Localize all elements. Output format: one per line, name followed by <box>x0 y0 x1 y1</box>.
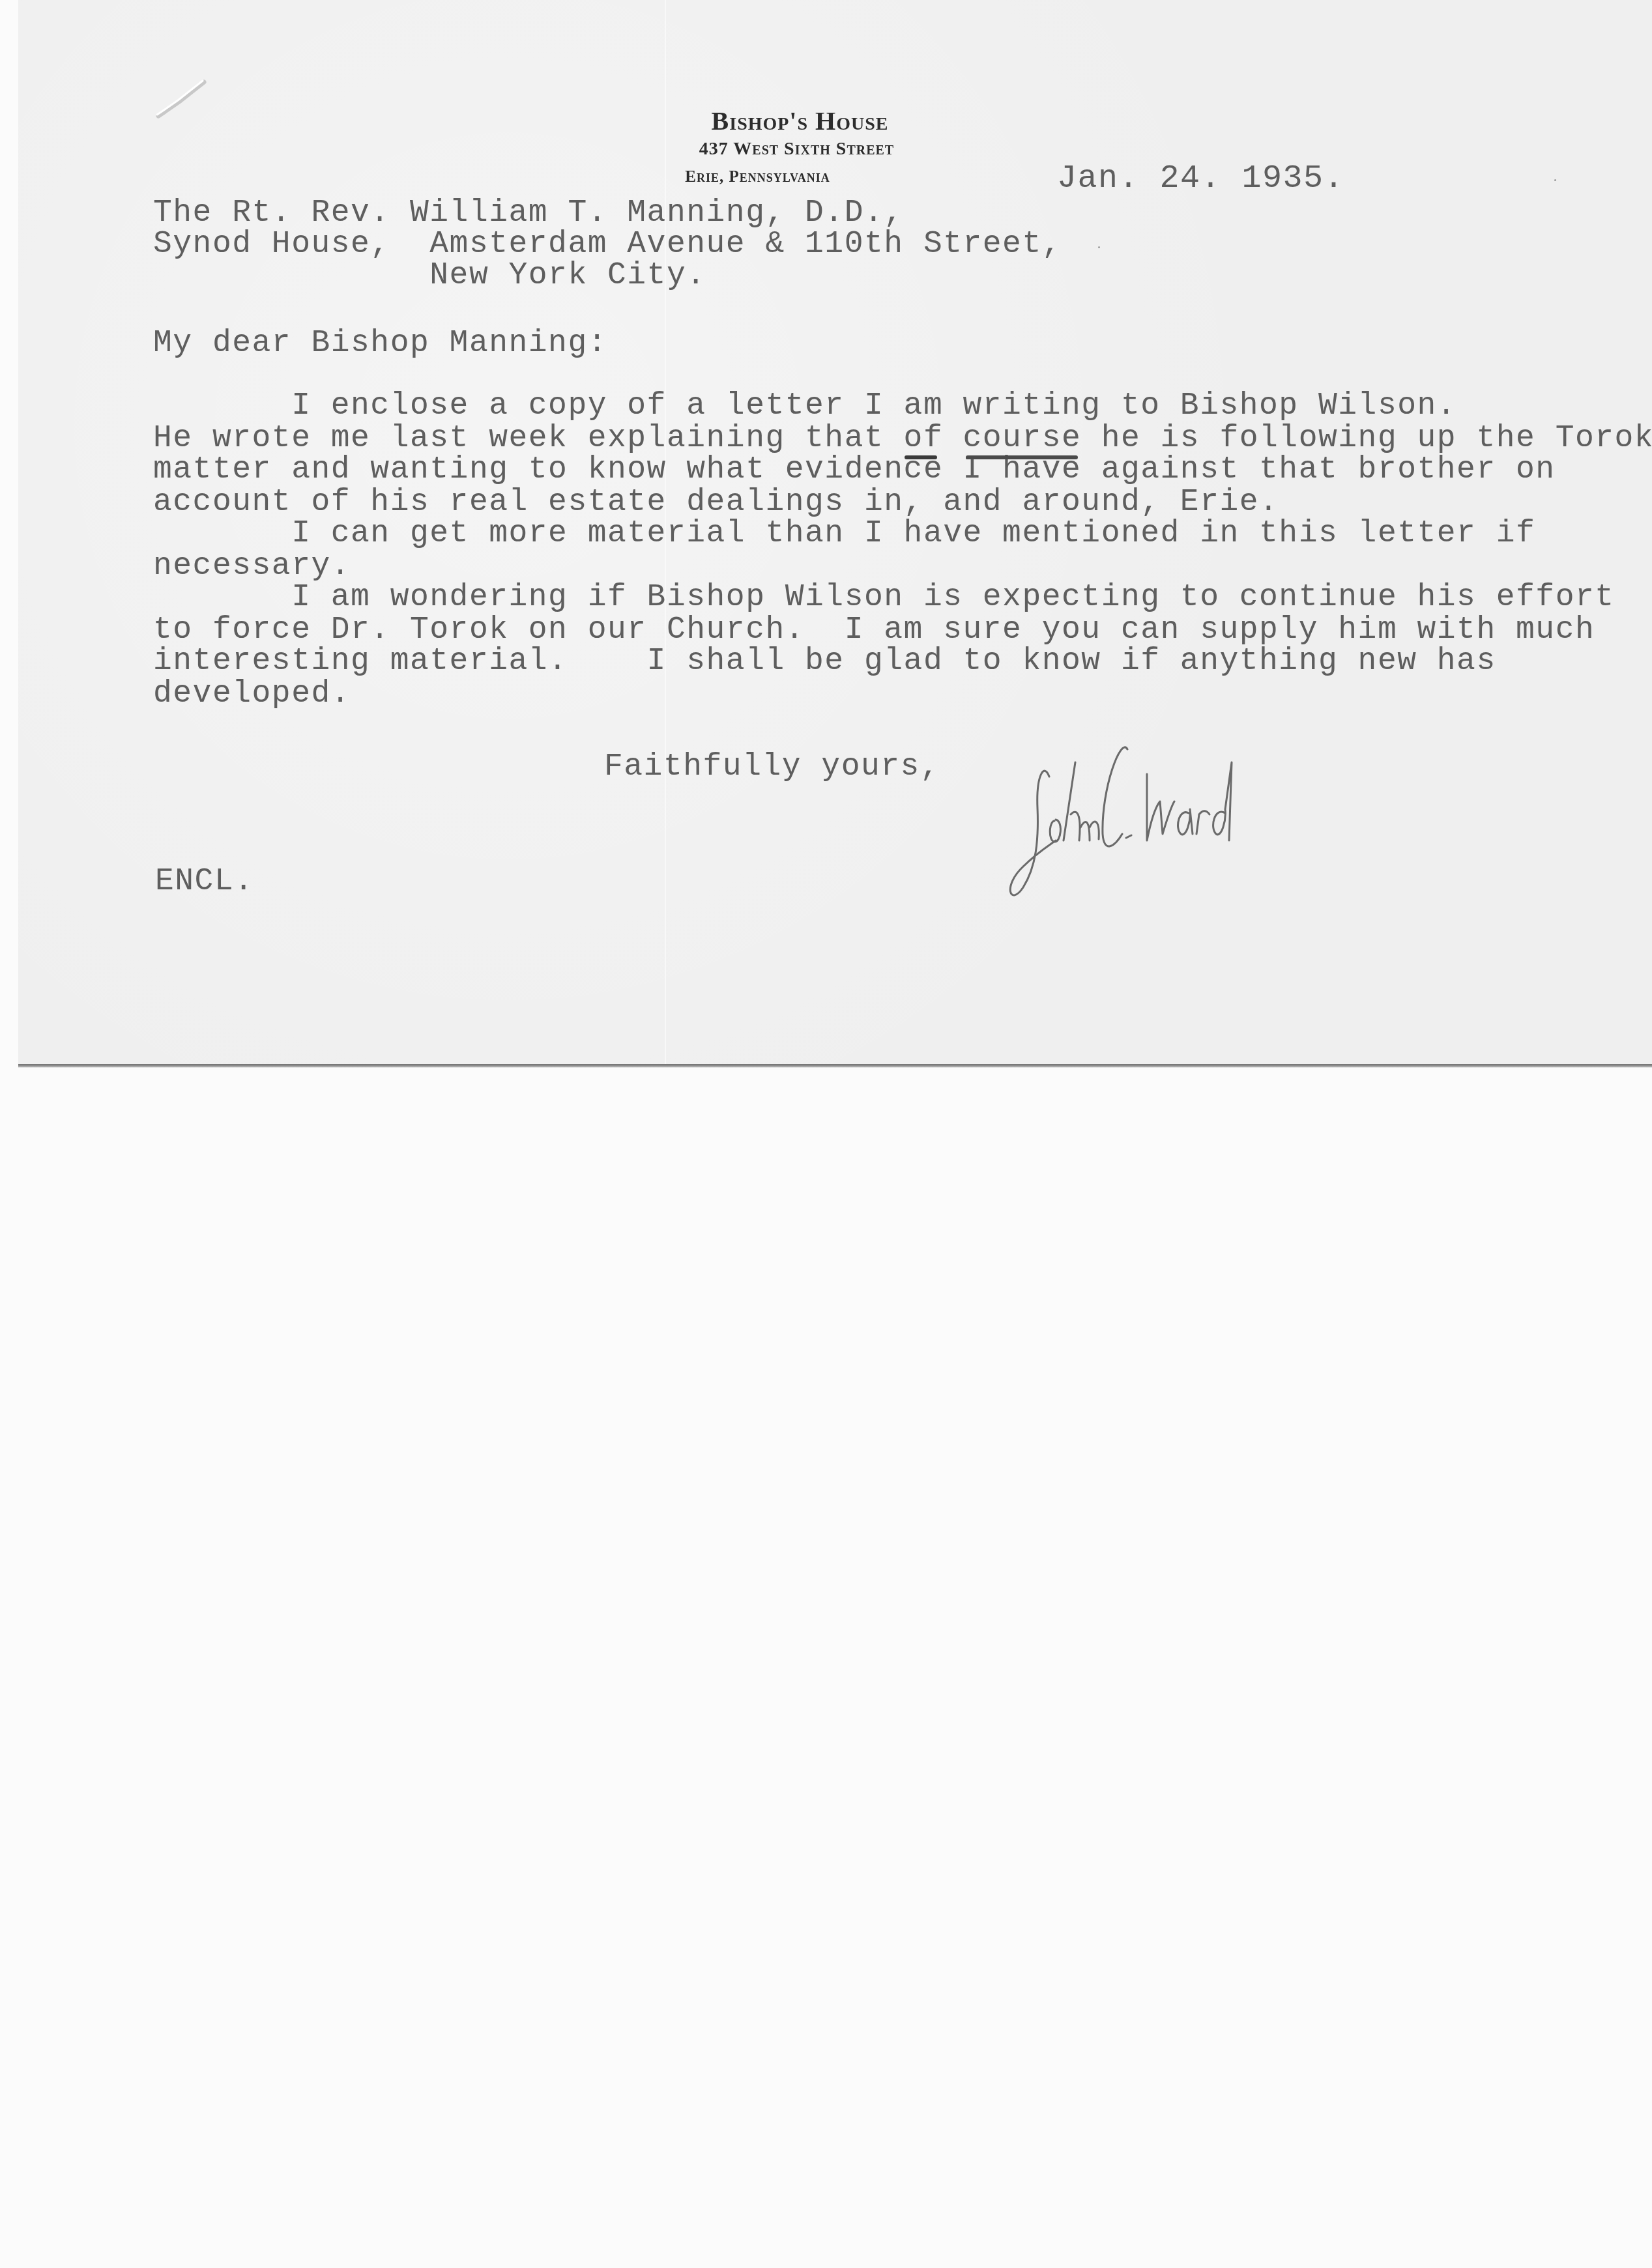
letterhead-name: Bishop's House <box>0 106 1626 136</box>
letterhead-street: 437 West Sixth Street <box>0 139 1623 160</box>
body-line: interesting material. I shall be glad to… <box>153 645 1496 678</box>
pen-underline-course <box>966 455 1078 459</box>
body-line: account of his real estate dealings in, … <box>153 486 1279 519</box>
body-line: necessary. <box>153 550 351 582</box>
paper-speck <box>1554 179 1556 181</box>
recipient-line-2: Synod House, Amsterdam Avenue & 110th St… <box>153 228 1062 261</box>
body-line: I can get more material than I have ment… <box>153 517 1535 550</box>
body-line: matter and wanting to know what evidence… <box>153 453 1556 486</box>
salutation: My dear Bishop Manning: <box>153 327 607 360</box>
letter-date: Jan. 24. 1935. <box>1057 163 1344 195</box>
closing: Faithfully yours, <box>604 751 940 783</box>
body-line: I enclose a copy of a letter I am writin… <box>153 390 1456 422</box>
handwritten-signature <box>1004 736 1421 906</box>
recipient-line-3: New York City. <box>153 259 706 292</box>
recipient-line-1: The Rt. Rev. William T. Manning, D.D., <box>153 197 904 229</box>
pen-underline-of <box>905 455 937 459</box>
body-line: developed. <box>153 678 351 710</box>
body-line: to force Dr. Torok on our Church. I am s… <box>153 614 1595 646</box>
paper-edge-shadow <box>18 1064 1652 1068</box>
paper-speck <box>1098 246 1100 248</box>
body-line: He wrote me last week explaining that of… <box>153 422 1652 455</box>
body-line: I am wondering if Bishop Wilson is expec… <box>153 581 1615 614</box>
letterhead-city: Erie, Pennsylvania <box>0 168 1584 186</box>
enclosure-note: ENCL. <box>155 865 254 898</box>
